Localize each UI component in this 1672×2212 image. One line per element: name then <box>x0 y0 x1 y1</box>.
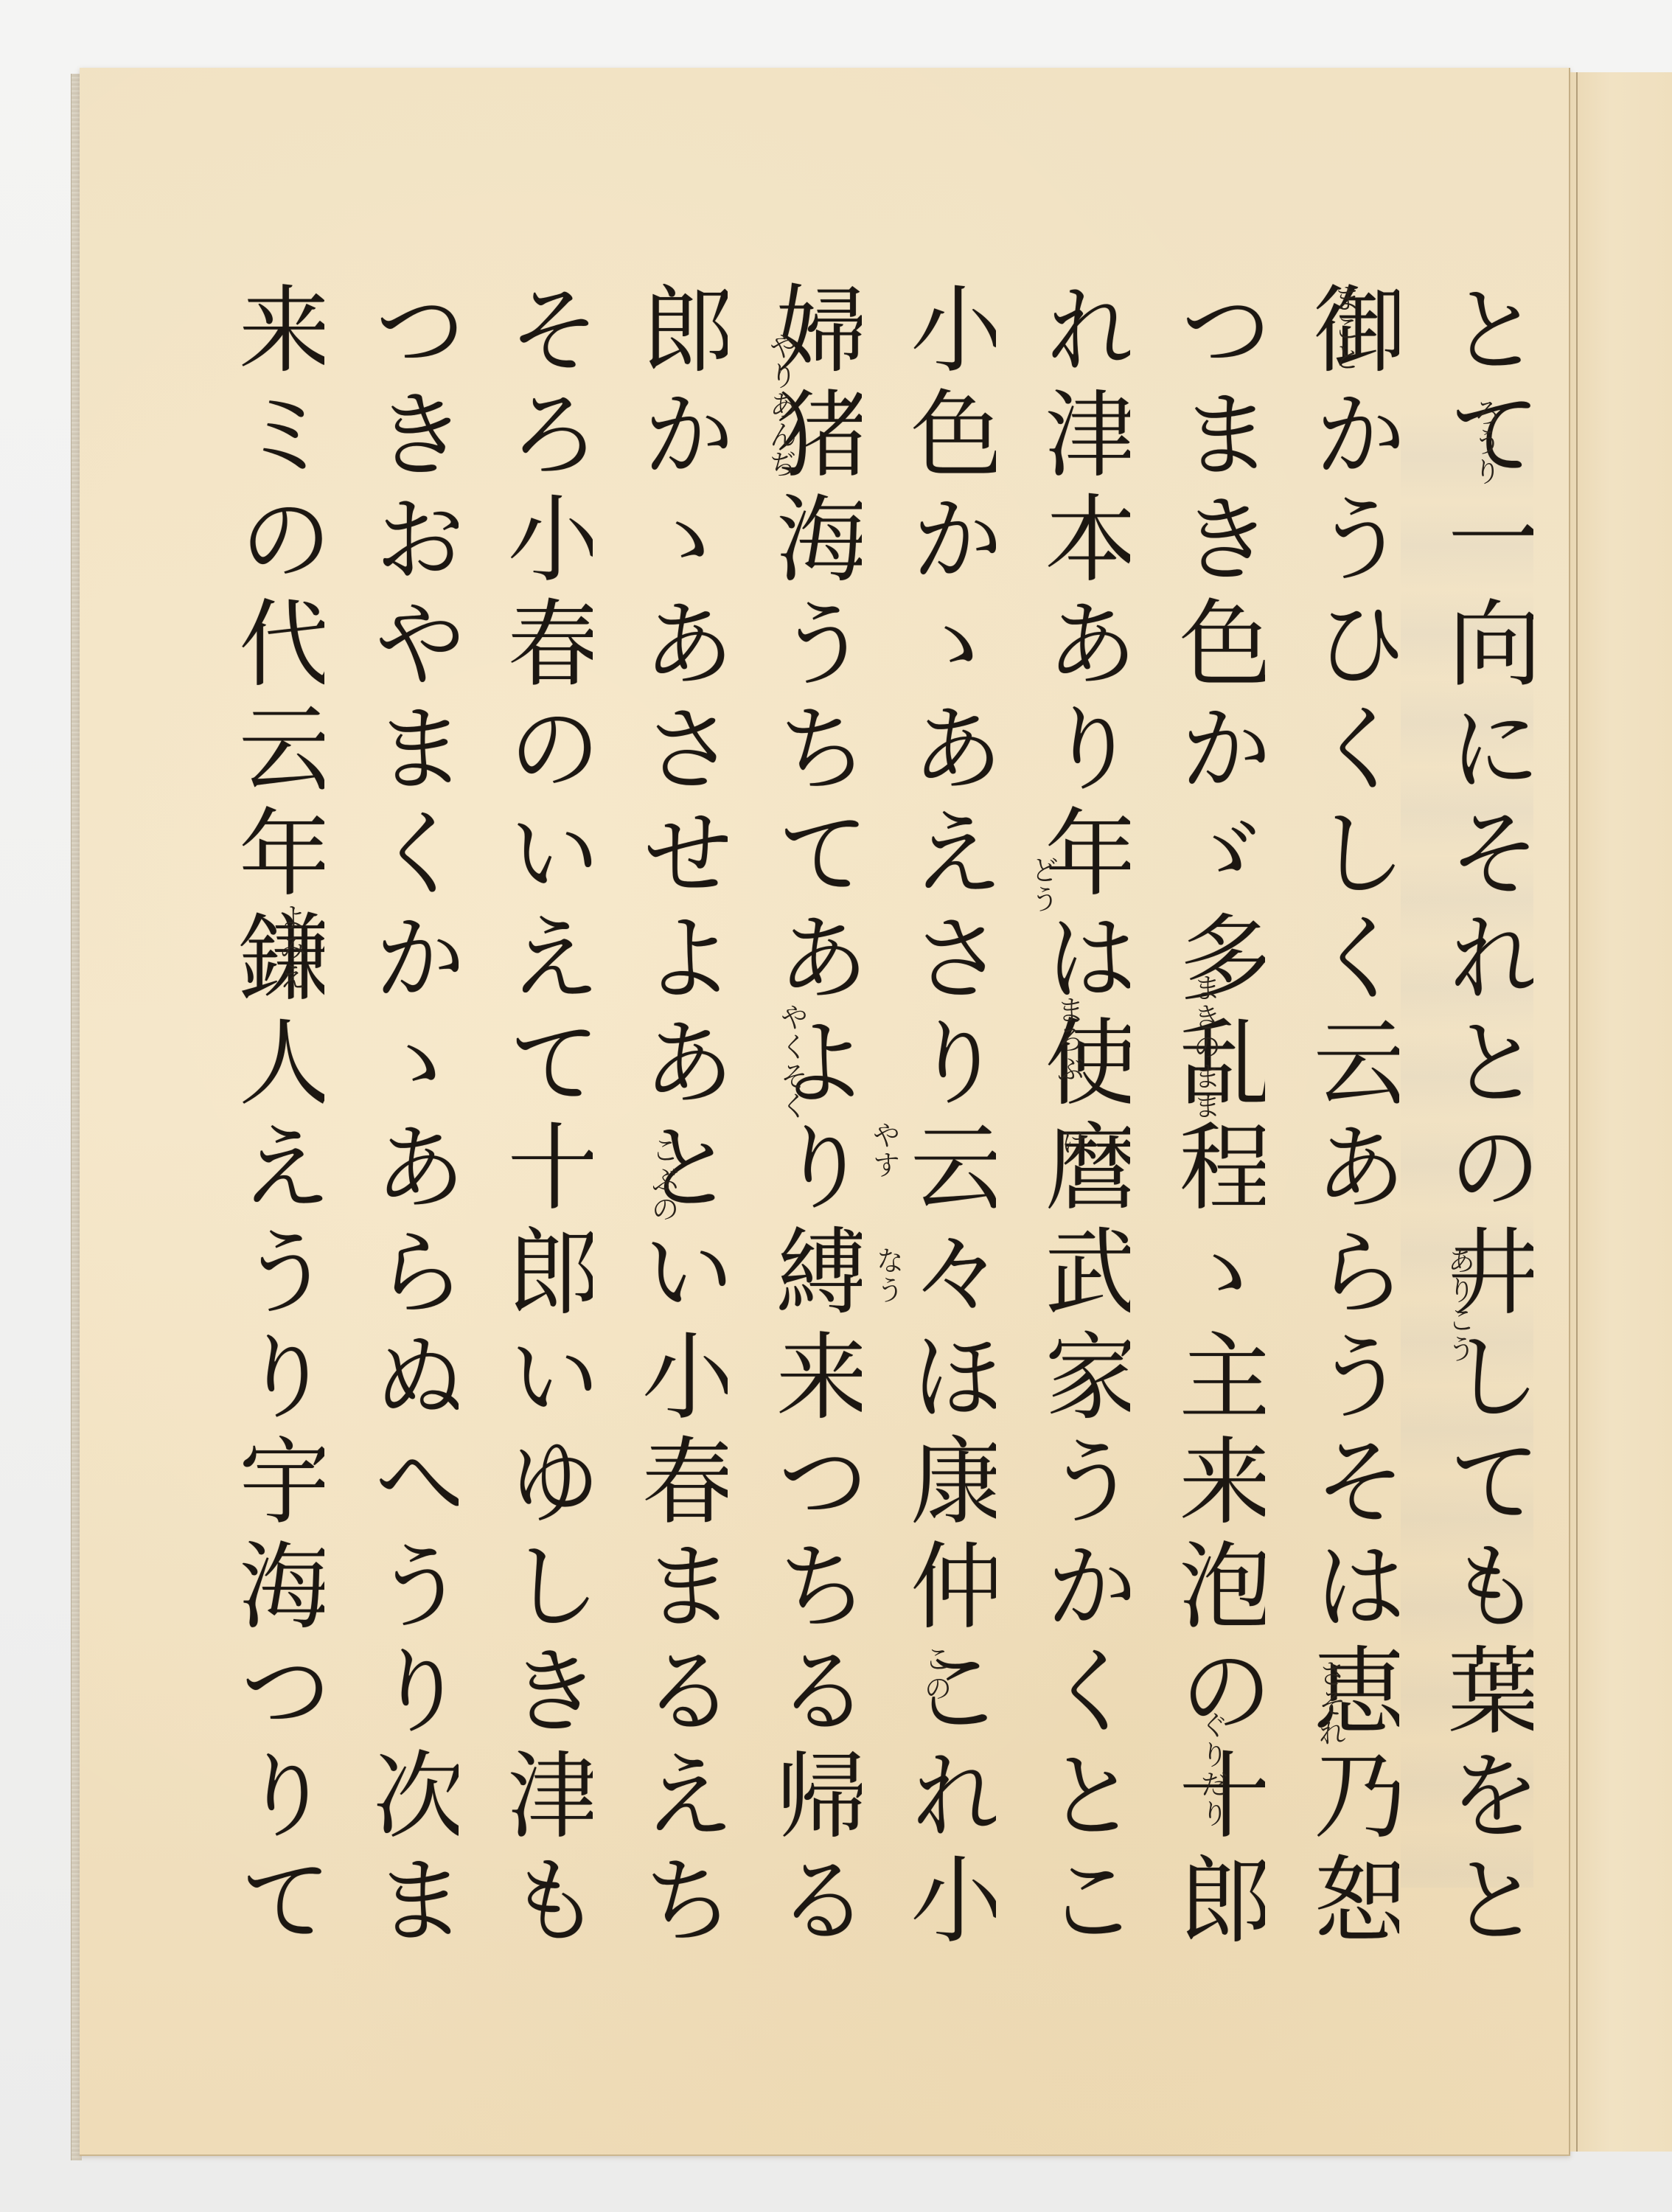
furigana-gloss: なう <box>874 1246 902 1305</box>
furigana-gloss: よみえ <box>276 903 304 992</box>
page-fold-line <box>1576 72 1578 2152</box>
furigana-gloss: どう <box>1028 855 1056 914</box>
adjacent-page-edge <box>1570 72 1672 2152</box>
furigana-gloss: ぐりだり <box>1198 1711 1226 1829</box>
text-column-10: 来ミの代云年鎌人えうり宇海つりてもあ <box>214 280 324 1947</box>
furigana-gloss: こぶの <box>649 1135 677 1224</box>
furigana-gloss: この <box>922 1644 950 1703</box>
scan-scene: とて一向にそれとの井しても葉をとこしこれれえ 御かうひくしく云あらうそは恵乃恕な… <box>0 0 1672 2212</box>
furigana-gloss: やりあんぢ <box>767 332 795 479</box>
furigana-gloss: ろうり <box>1471 398 1499 487</box>
furigana-gloss: ありこう <box>1445 1246 1473 1364</box>
text-column-7: 郎かゝあさせよあとい小春まるえち兼併之よ <box>617 280 728 1947</box>
furigana-gloss: け <box>1058 1128 1086 1158</box>
text-column-1: とて一向にそれとの井しても葉をとこしこれれえ <box>1423 280 1533 1947</box>
text-column-9: つきおやまくかゝあらぬへうり次まくよろる <box>348 280 459 1947</box>
furigana-gloss: まろぶ <box>1054 995 1082 1084</box>
text-column-8: そろ小春のいえて十郎いゆしき津もねな <box>482 280 593 1947</box>
furigana-gloss: さそれ <box>1316 1659 1344 1747</box>
furigana-gloss: やくそく <box>778 1003 806 1121</box>
text-column-4: れ津本あり年は使麿武家うかくとこといら <box>1020 280 1130 1947</box>
furigana-gloss: まきのまま <box>1191 973 1219 1121</box>
furigana-gloss: やす <box>870 1121 898 1180</box>
furigana-gloss: まこと <box>1331 284 1359 372</box>
